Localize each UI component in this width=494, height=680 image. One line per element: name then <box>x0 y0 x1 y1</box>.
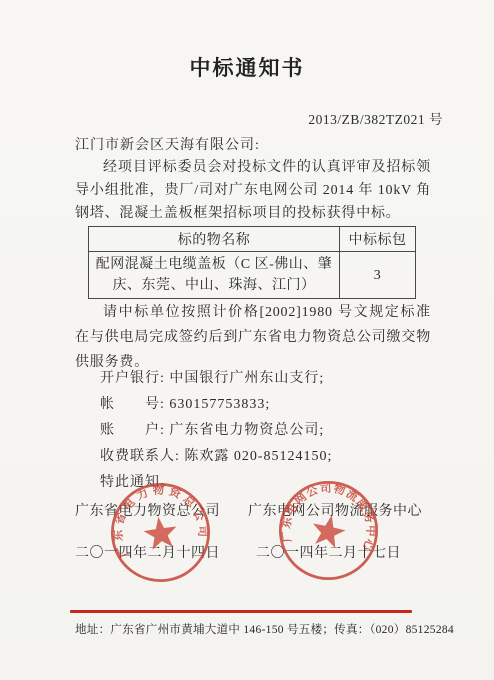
addressee-line: 江门市新会区天海有限公司: <box>75 134 260 154</box>
bid-result-table: 标的物名称 中标标包 配网混凝土电缆盖板（C 区-佛山、肇庆、东莞、中山、珠海、… <box>88 226 416 299</box>
footer-address: 地址：广东省广州市黄埔大道中 146-150 号五楼；传真：（020）85125… <box>75 621 454 637</box>
notice-close-line: 特此通知。 <box>100 470 332 496</box>
column-header-subject: 标的物名称 <box>89 227 340 252</box>
signature-date-left: 二〇一四年二月十四日 <box>75 542 220 562</box>
signature-block-left: 广东省电力物资总公司 二〇一四年二月十四日 <box>75 500 220 562</box>
bank-info-block: 开户银行: 中国银行广州东山支行; 帐 号: 630157753833; 账 户… <box>100 366 332 496</box>
document-title: 中标通知书 <box>0 52 494 82</box>
bank-line-account-name: 账 户: 广东省电力物资总公司; <box>100 418 332 444</box>
paragraph-payment-instruction: 请中标单位按照计价格[2002]1980 号文规定标准在与供电局完成签约后到广东… <box>75 300 431 375</box>
signature-block-right: 广东电网公司物流服务中心 二〇一四年二月十七日 <box>248 500 422 562</box>
table-row: 配网混凝土电缆盖板（C 区-佛山、肇庆、东莞、中山、珠海、江门） 3 <box>89 252 416 299</box>
signature-date-right: 二〇一四年二月十七日 <box>256 542 422 562</box>
table-header-row: 标的物名称 中标标包 <box>89 227 416 252</box>
column-header-package: 中标标包 <box>340 227 416 252</box>
bank-line-contact: 收费联系人: 陈欢露 020-85124150; <box>100 444 332 470</box>
scanned-document-page: 中标通知书 2013/ZB/382TZ021 号 江门市新会区天海有限公司: 经… <box>0 0 494 680</box>
footer-divider-line <box>70 610 412 613</box>
document-number: 2013/ZB/382TZ021 号 <box>308 108 443 128</box>
cell-package-number: 3 <box>340 252 416 299</box>
org-name-right: 广东电网公司物流服务中心 <box>248 500 422 520</box>
bank-line-opening-bank: 开户银行: 中国银行广州东山支行; <box>100 366 332 392</box>
org-name-left: 广东省电力物资总公司 <box>75 500 220 520</box>
bank-line-account-number: 帐 号: 630157753833; <box>100 392 332 418</box>
paragraph-award-notice: 经项目评标委员会对投标文件的认真评审及招标领导小组批准，贵厂/司对广东电网公司 … <box>75 156 431 225</box>
cell-subject-name: 配网混凝土电缆盖板（C 区-佛山、肇庆、东莞、中山、珠海、江门） <box>89 252 340 299</box>
